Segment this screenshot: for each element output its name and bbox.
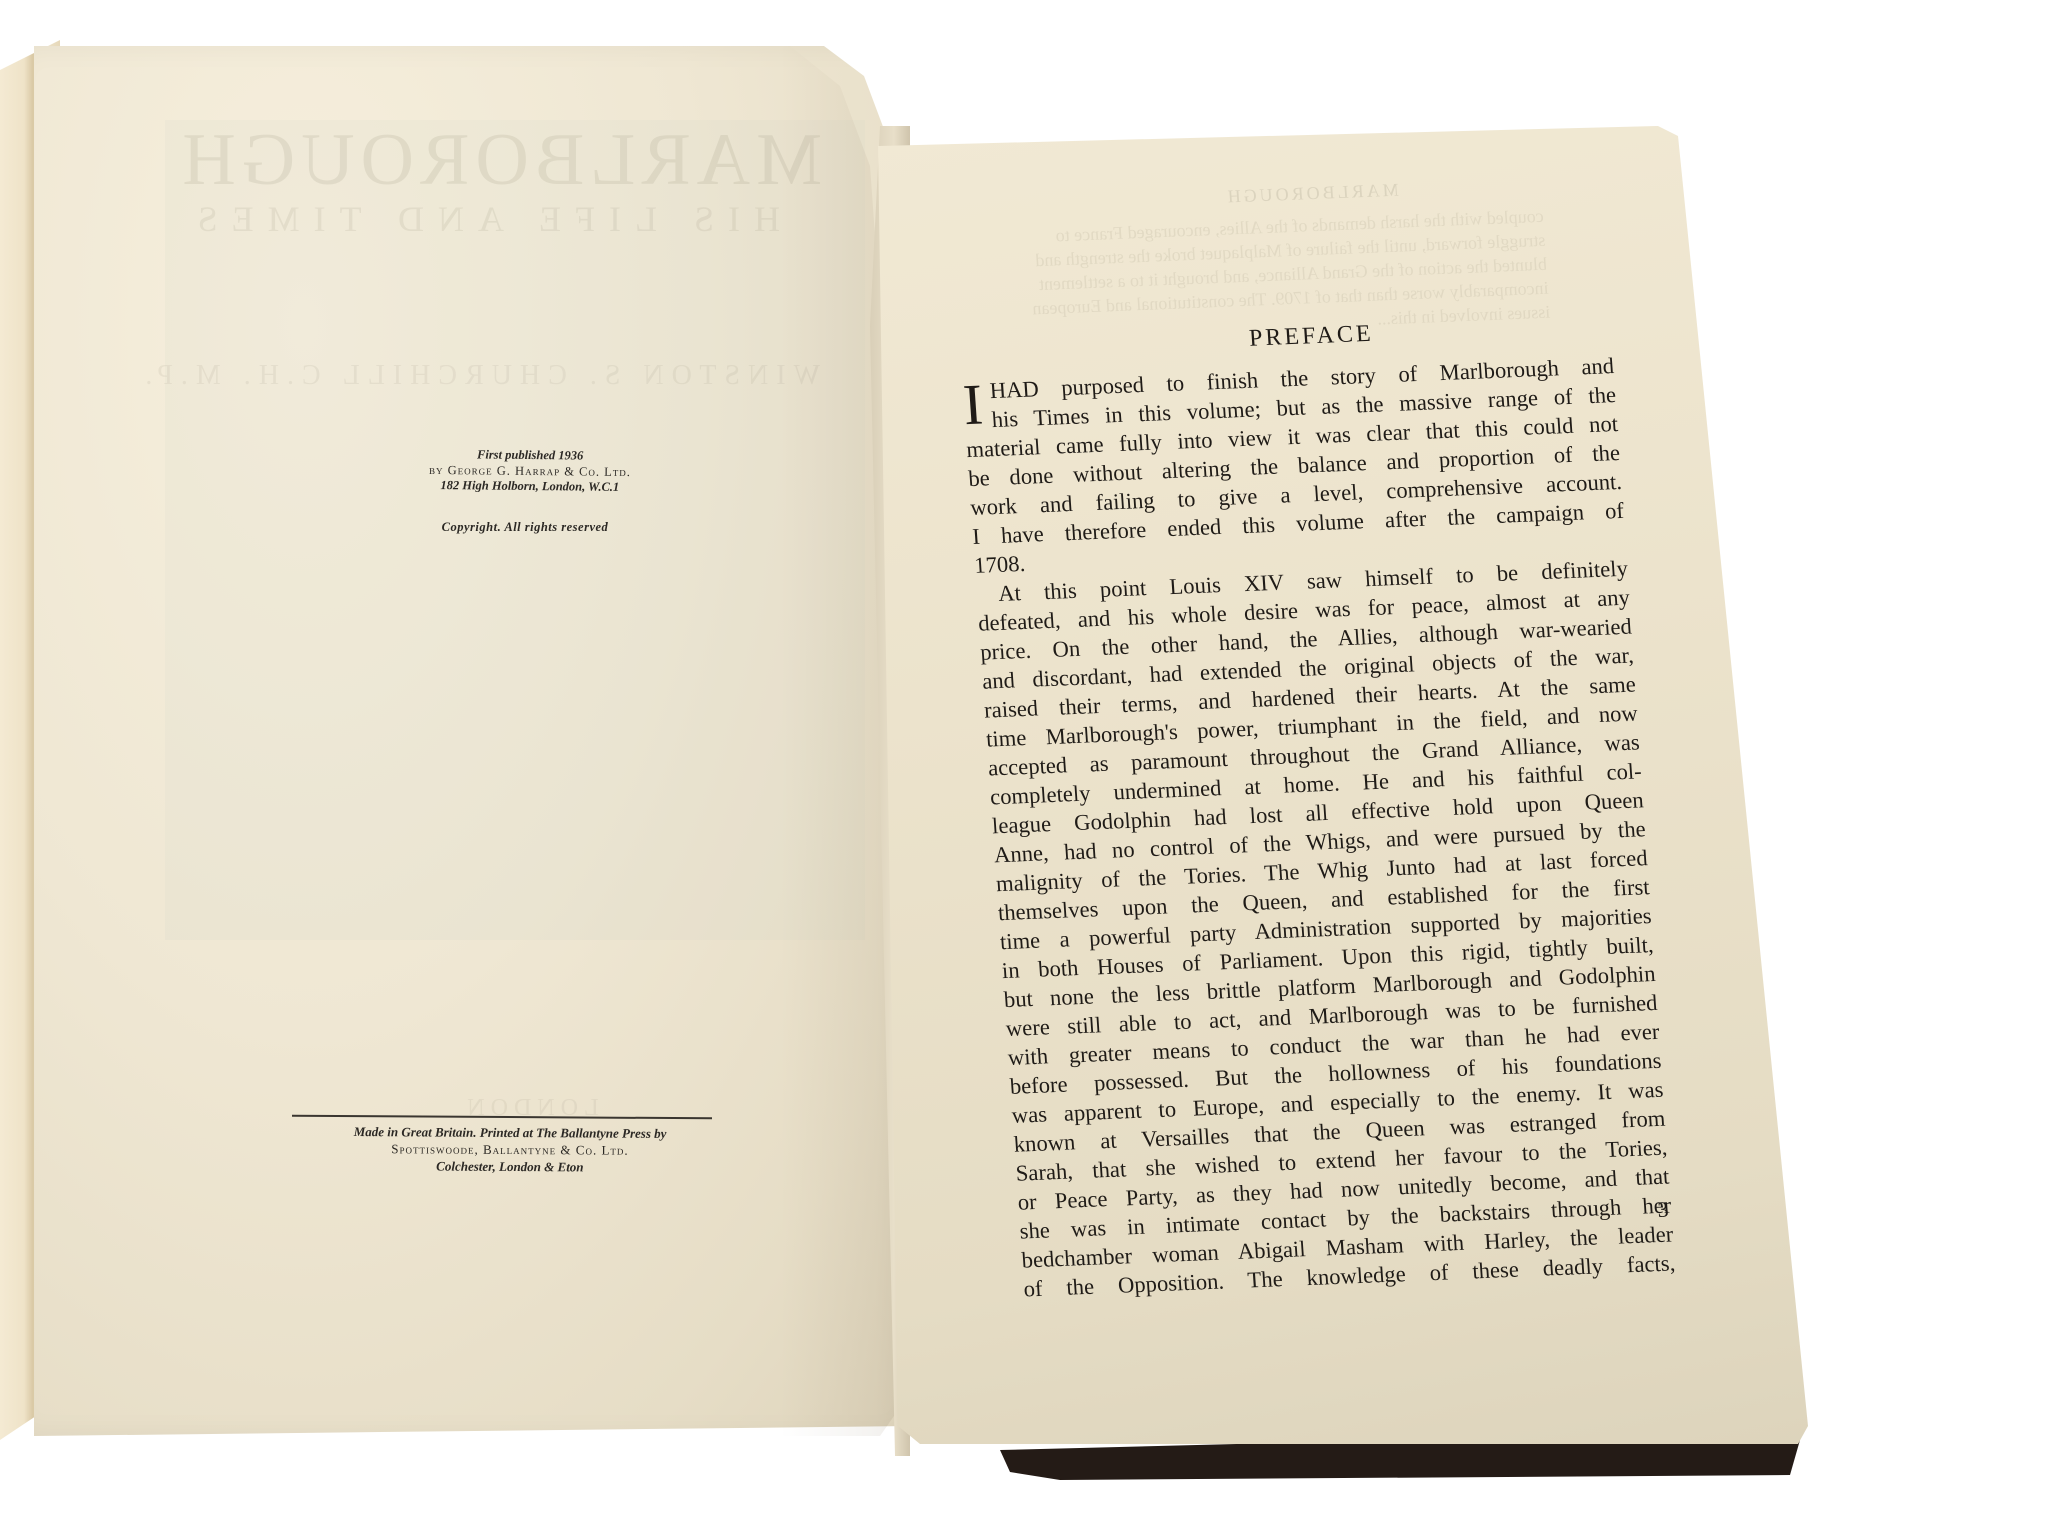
preface-page-content: MARLBOROUGH coupled with the harsh deman… <box>940 149 1774 1277</box>
printer-colophon: Made in Great Britain. Printed at The Ba… <box>240 1122 780 1176</box>
publication-imprint: First published 1936 by George G. Harrap… <box>380 446 680 496</box>
drop-cap: I <box>962 379 985 432</box>
copyright-notice: Copyright. All rights reserved <box>395 520 655 535</box>
imprint-address: 182 High Holborn, London, W.C.1 <box>380 477 680 496</box>
open-book: MARLBOROUGH HIS LIFE AND TIMES WINSTON S… <box>0 0 2048 1516</box>
page-number: 3 <box>1657 1197 1670 1223</box>
show-through-title: MARLBOROUGH <box>262 118 822 203</box>
show-through-running-head: MARLBOROUGH <box>1161 177 1462 210</box>
show-through-author: WINSTON S. CHURCHILL C.H. M.P. <box>280 360 820 392</box>
show-through-subtitle: HIS LIFE AND TIMES <box>300 198 780 240</box>
preface-body: I HAD purposed to finish the story of Ma… <box>961 351 1676 1303</box>
printer-line-3: Colchester, London & Eton <box>240 1156 780 1176</box>
